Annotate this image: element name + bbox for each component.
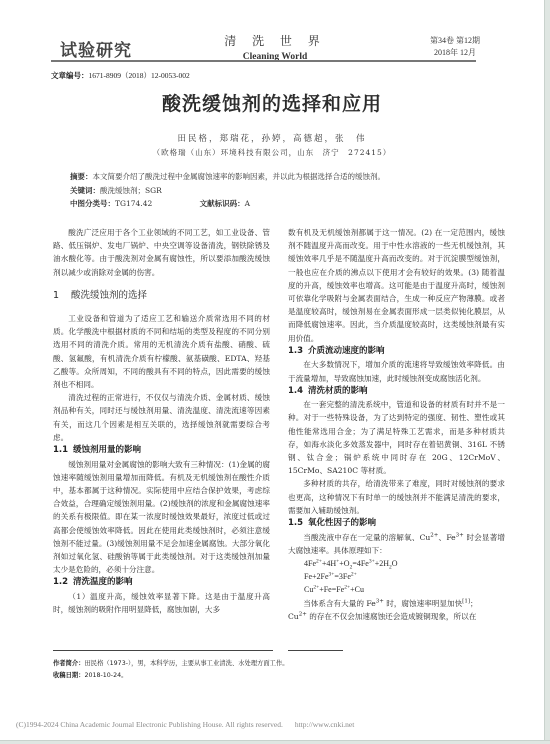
journal-name-cn: 清 洗 世 界 <box>220 32 330 49</box>
journal-page: 试验研究 清 洗 世 界 Cleaning World 第34卷 第12期 20… <box>0 0 544 740</box>
viewer-edge-bottom <box>0 740 550 744</box>
author-bio-label: 作者简介： <box>53 660 84 667</box>
section-1-5-paragraph-2: 当体系含有大量的 Fe3+ 时，腐蚀速率明显加快[1]； <box>288 597 505 610</box>
abstract-label: 摘要： <box>70 172 93 181</box>
copyright-notice: (C)1994-2024 China Academic Journal Elec… <box>16 720 354 729</box>
article-number-value: 1671-8909（2018）12-0053-002 <box>89 71 190 80</box>
received-date-label: 收稿日期： <box>53 672 84 679</box>
issue-date: 2018年 12月 <box>420 47 490 59</box>
author-bio: 作者简介：田民格（1973-），男，本科学历，主要从事工业清洗、水处理方面工作。 <box>53 658 289 667</box>
citation-ref[interactable]: [1] <box>462 598 470 604</box>
right-column: 数有机及无机缓蚀剂都属于这一情况。(2) 在一定范围内，缓蚀剂不随温度升高而改变… <box>288 226 505 623</box>
section-1-2-heading: 1.2清洗温度的影响 <box>53 576 270 590</box>
doc-code-value: A <box>245 199 250 208</box>
abstract-text: 本文简要介绍了酸洗过程中金属腐蚀速率的影响因素，并以此为根据选择合适的缓蚀剂。 <box>93 172 386 181</box>
section-1-4-paragraph-1: 在一套完整的清洗系统中，管道和设备的材质有时并不是一种。对于一些特殊设备，为了达… <box>288 398 505 477</box>
footnote-divider-left <box>53 650 273 651</box>
cnki-link[interactable]: http://www.cnki.net <box>295 720 355 729</box>
section-1-2-continuation: 数有机及无机缓蚀剂都属于这一情况。(2) 在一定范围内，缓蚀剂不随温度升高而改变… <box>288 226 505 345</box>
keywords-text: 酸洗缓蚀剂；SGR <box>100 186 162 195</box>
section-label: 试验研究 <box>60 36 132 61</box>
section-1-5-paragraph-1: 当酸洗液中存在一定量的溶解氧、Cu2+、Fe3+ 时会显著增大腐蚀速率。具体原理… <box>288 531 505 557</box>
header-divider <box>51 60 476 62</box>
issue-info: 第34卷 第12期 2018年 12月 <box>420 35 490 59</box>
section-1-4-paragraph-2: 多种材质的共存，给清洗带来了难度，同时对缓蚀剂的要求也更高，这种情况下有时单一的… <box>288 477 505 517</box>
left-column: 酸洗广泛应用于各个工业领域的不同工艺，如工业设备、管路、低压锅炉、发电厂锅炉、中… <box>53 226 270 616</box>
section-1-1-paragraph: 缓蚀剂用量对金属腐蚀的影响大致有三种情况：(1)金属的腐蚀速率随缓蚀剂用量增加而… <box>53 458 270 577</box>
keywords: 关键词：酸洗缓蚀剂；SGR <box>70 185 162 196</box>
section-1-paragraph-2: 清洗过程的正常进行，不仅仅与清洗介质、金属材质、缓蚀剂品种有关，同时还与缓蚀剂用… <box>53 391 270 444</box>
section-1-5-heading: 1.5氧化性因子的影响 <box>288 517 505 531</box>
classification: 中图分类号：TG174.42 文献标识码：A <box>70 198 250 209</box>
equation-3: Cu2++Fe=Fe2++Cu <box>288 583 505 596</box>
section-1-3-heading: 1.3介质流动速度的影响 <box>288 345 505 359</box>
copyright-text: (C)1994-2024 China Academic Journal Elec… <box>16 720 283 729</box>
equation-2: Fe+2Fe3+=3Fe2+ <box>288 570 505 583</box>
author-bio-text: 田民格（1973-），男，本科学历，主要从事工业清洗、水处理方面工作。 <box>84 660 288 667</box>
clc-label: 中图分类号： <box>70 199 115 208</box>
clc-value: TG174.42 <box>115 199 152 208</box>
intro-paragraph: 酸洗广泛应用于各个工业领域的不同工艺，如工业设备、管路、低压锅炉、发电厂锅炉、中… <box>53 226 270 279</box>
received-date: 收稿日期：2018-10-24。 <box>53 670 127 679</box>
footnote-divider-right <box>288 650 343 651</box>
paper-title: 酸洗缓蚀剂的选择和应用 <box>0 89 544 116</box>
section-1-1-heading: 1.1缓蚀剂用量的影响 <box>53 444 270 458</box>
section-1-4-heading: 1.4清洗材质的影响 <box>288 385 505 399</box>
keywords-label: 关键词： <box>70 186 100 195</box>
affiliation: （欧格瑞（山东）环境科技有限公司，山东 济宁 272415） <box>0 147 544 158</box>
article-number: 文章编号：1671-8909（2018）12-0053-002 <box>51 70 190 81</box>
section-1-3-paragraph: 在大多数情况下，增加介质的流速将导致缓蚀效率降低。由于流量增加，导致腐蚀加速，此… <box>288 358 505 384</box>
volume-issue: 第34卷 第12期 <box>420 35 490 47</box>
section-1-2-paragraph: （1）温度升高，缓蚀效率显著下降。这是由于温度升高时，缓蚀剂的吸附作用明显降低，… <box>53 590 270 616</box>
authors: 田民格，郑瑞花，孙婷，高德超，张 伟 <box>0 132 544 144</box>
equation-1: 4Fe2++4H++O2=4Fe3++2H2O <box>288 557 505 570</box>
abstract: 摘要：本文简要介绍了酸洗过程中金属腐蚀速率的影响因素，并以此为根据选择合适的缓蚀… <box>70 171 385 182</box>
section-1-paragraph-1: 工业设备和管道为了适应工艺和输送介质常选用不同的材质。化学酸洗中根据材质的不同和… <box>53 312 270 391</box>
article-number-label: 文章编号： <box>51 71 89 80</box>
section-1-heading: 1酸洗缓蚀剂的选择 <box>53 289 270 302</box>
received-date-text: 2018-10-24。 <box>84 672 127 679</box>
doc-code-label: 文献标识码： <box>200 199 245 208</box>
section-1-5-paragraph-3: Cu2+ 的存在不仅会加速腐蚀还会造成镀铜现象，所以在 <box>288 610 505 623</box>
journal-masthead: 清 洗 世 界 Cleaning World <box>220 32 330 62</box>
viewer-edge-right <box>544 0 550 744</box>
